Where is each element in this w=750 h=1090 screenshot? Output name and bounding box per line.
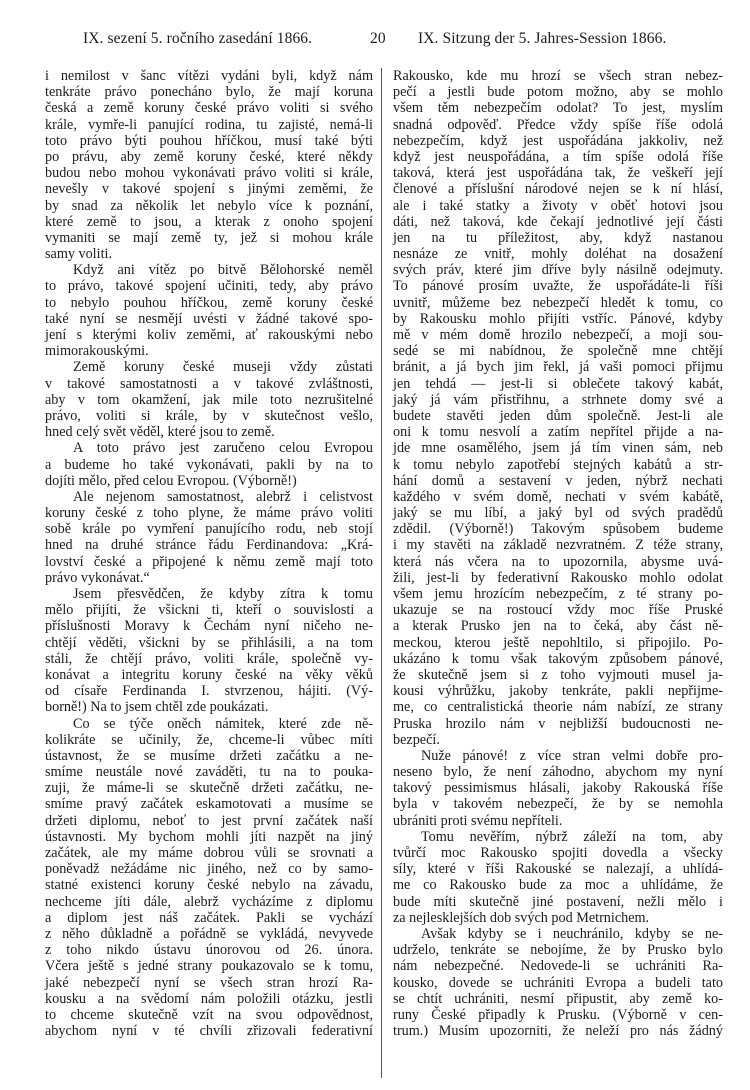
- text-line: kousku a na svědomí nám položili otázku,…: [45, 991, 373, 1007]
- text-line: že skutečně jsem si z toho vyjmouti muse…: [393, 667, 723, 683]
- text-line: žili, jest-li by federativní Rakousko mo…: [393, 570, 723, 586]
- text-line: budete stavěti jeden dům společně. Jest-…: [393, 408, 723, 424]
- text-line: neseno bylo, že není záhodno, abychom my…: [393, 764, 723, 780]
- text-line: udrželo, tenkráte se nebojíme, že by Pru…: [393, 942, 723, 958]
- text-line: vymaniti se mají země ty, jež si mohou k…: [45, 230, 373, 246]
- text-line: jen tehdá — jest-li si oblečete takový k…: [393, 376, 723, 392]
- text-line: která nás včera na to upozornila, abysme…: [393, 554, 723, 570]
- text-line: tvůrčí moc Rakousko spojiti dovedla a vš…: [393, 845, 723, 861]
- text-line: krále, vymře-li panující rodina, tu zaji…: [45, 117, 373, 133]
- text-line: lovství české a připojené k němu země ma…: [45, 554, 373, 570]
- text-line: jen na tu příležitost, aby, když nastano…: [393, 230, 723, 246]
- text-line: od císaře Ferdinanda I. stvrzenou, hájit…: [45, 683, 373, 699]
- text-line: z toho nikdo ústavu únorovou od 26. únor…: [45, 942, 373, 958]
- text-line: kousi výhrůžku, jakoby tenkráte, pakli n…: [393, 683, 723, 699]
- text-line: sobě krále po vymření panujícího rodu, n…: [45, 521, 373, 537]
- page-header: IX. sezení 5. ročního zasedání 1866. 20 …: [0, 30, 750, 50]
- text-line: a diplom jest náš začátek. Pakli se vych…: [45, 910, 373, 926]
- text-line: konávat a integritu koruny české na věky…: [45, 667, 373, 683]
- header-german-title: IX. Sitzung der 5. Jahres-Session 1866.: [418, 30, 666, 48]
- text-line: jaký se mu líbí, a jaký byl od svých pra…: [393, 505, 723, 521]
- text-line: kousko, dovede se uchrániti Evropa a bud…: [393, 975, 723, 991]
- text-line: ústavnost, že se musíme držeti začátku a…: [45, 748, 373, 764]
- text-line: takový pessimismus hlásali, jakoby Rakou…: [393, 780, 723, 796]
- text-line: hned celý svět věděl, které jsou to země…: [45, 424, 373, 440]
- text-line: jaký já vám přistřihnu, a strhnete domy …: [393, 392, 723, 408]
- text-line: abychom nyní v té chvíli zřizovali feder…: [45, 1023, 373, 1039]
- text-line: borně!) Na to jsem chtěl zde poukázati.: [45, 699, 373, 715]
- text-line: z něho důkladně a pořádně se vykládá, ne…: [45, 926, 373, 942]
- header-czech-title: IX. sezení 5. ročního zasedání 1866.: [83, 30, 312, 48]
- text-line: za nejlesklejších dob svých pod Metrnich…: [393, 910, 723, 926]
- text-line: meckou, kterou ještě nepohltilo, si přip…: [393, 635, 723, 651]
- text-line: zdědil. (Výborně!) Takovým spůsobem bude…: [393, 521, 723, 537]
- text-line: k tomu nebylo zapotřebí stejných kabátů …: [393, 457, 723, 473]
- text-line: jení s kterými koliv zeměmi, ať rakouský…: [45, 327, 373, 343]
- text-line: ubrániti proti svému nepříteli.: [393, 813, 723, 829]
- text-line: ukazuje se na rostoucí vždy moc říše Pru…: [393, 602, 723, 618]
- left-text-column: i nemilost v šanc vítězi vydáni byli, kd…: [45, 68, 373, 1039]
- text-line: každého v svém domě, nechati v svém kabá…: [393, 489, 723, 505]
- text-line: trum.) Musím upozorniti, že neleží pro n…: [393, 1023, 723, 1039]
- text-line: toto právo býti pouhou hříčkou, musí tak…: [45, 133, 373, 149]
- text-line: hání domů a sestavení v jeden, nýbrž nec…: [393, 473, 723, 489]
- text-line: které země to jsou, a kterak z onoho spo…: [45, 214, 373, 230]
- text-line: všem těm nebezpečím odolat? To jest, mys…: [393, 100, 723, 116]
- text-line: nesnáze ze vnitř, mohly doléhat na dosaž…: [393, 246, 723, 262]
- text-line: v takové samostatnosti a v takové zvlášt…: [45, 376, 373, 392]
- text-line: nám nebezpečné. Nedovede-li se uchrániti…: [393, 958, 723, 974]
- text-line: Země koruny české museji vždy zůstati: [45, 359, 373, 375]
- text-line: by Rakousku mohlo přijíti vstříc. Pánové…: [393, 311, 723, 327]
- text-line: Ale nejenom samostatnost, alebrž i celis…: [45, 489, 373, 505]
- text-line: bezpečí.: [393, 732, 723, 748]
- text-line: se chtít uchrániti, nesmí připustit, aby…: [393, 991, 723, 1007]
- text-line: po právu, aby země koruny české, které n…: [45, 149, 373, 165]
- text-line: právo vykonávat.“: [45, 570, 373, 586]
- text-line: Jsem přesvědčen, že kdyby zítra k tomu: [45, 586, 373, 602]
- text-line: taková, která jest uspořádána tak, že ve…: [393, 165, 723, 181]
- text-line: poněvadž nežádáme nic jiného, než co by …: [45, 861, 373, 877]
- text-line: samy voliti.: [45, 246, 373, 262]
- text-line: hned na druhé stránce řádu Ferdinandova:…: [45, 537, 373, 553]
- text-line: když jest neuspořádána, a tím spíše odol…: [393, 149, 723, 165]
- text-line: příslušnosti Moravy k Čechám nyní ničeho…: [45, 618, 373, 634]
- text-line: chtějí věděti, všickni by se přihlásili,…: [45, 635, 373, 651]
- text-line: jde mne osamělého, jsem já tím vinen sám…: [393, 440, 723, 456]
- text-line: jaké nebezpečí nyní se všech stran hrozí…: [45, 975, 373, 991]
- text-line: zuji, že máme-li se skutečně držeti začá…: [45, 780, 373, 796]
- text-line: i nemilost v šanc vítězi vydáni byli, kd…: [45, 68, 373, 84]
- text-line: smíme pravý začátek eskamotovati a musím…: [45, 796, 373, 812]
- text-line: síly, které v říši Rakouské se nalezají,…: [393, 861, 723, 877]
- text-line: Co se týče oněch námitek, které zde ně-: [45, 716, 373, 732]
- text-line: všem jemu hrozícím nebezpečím, z té stra…: [393, 586, 723, 602]
- text-line: aby v tom okamžení, jak mile toto nezruš…: [45, 392, 373, 408]
- text-line: ústavnosti. My bychom mohli jíti nazpět …: [45, 829, 373, 845]
- text-line: kolikráte se učinily, že, chceme-li vůbe…: [45, 732, 373, 748]
- text-line: by snad za několik let nebylo více k poz…: [45, 198, 373, 214]
- text-line: svých práv, které jim dříve byly násilně…: [393, 262, 723, 278]
- text-line: snadná odpověď. Předce vždy spíše říše o…: [393, 117, 723, 133]
- text-line: stáli, že chtějí právo, voliti krále, sp…: [45, 651, 373, 667]
- text-line: smíme neustále nové zaváděti, tu na to p…: [45, 764, 373, 780]
- text-line: i my stavěti na základě nezvratném. Z té…: [393, 537, 723, 553]
- text-line: Pruska hrozilo nám v nejbližší budoucnos…: [393, 716, 723, 732]
- text-line: koruny české z toho plyne, že máme právo…: [45, 505, 373, 521]
- text-line: byla v takovém nebezpečí, že by se nemoh…: [393, 796, 723, 812]
- text-line: me co Rakousko bude za moc a uhlídáme, ž…: [393, 877, 723, 893]
- text-line: bránit, a já bych jim řekl, já vaši pomo…: [393, 359, 723, 375]
- text-line: budou nebo mohou vykonávati právo voliti…: [45, 165, 373, 181]
- text-line: dojíti mělo, před celou Evropou. (Výborn…: [45, 473, 373, 489]
- text-line: mě v mém domě hrozilo nebezpečí, a moji …: [393, 327, 723, 343]
- text-line: právo, voliti si krále, by v skutečnost …: [45, 408, 373, 424]
- text-line: Když ani vítěz po bitvě Bělohorské neměl: [45, 262, 373, 278]
- text-line: tenkráte právo ponecháno bylo, že mají k…: [45, 84, 373, 100]
- text-line: me, co centralistická theorie nám nabízí…: [393, 699, 723, 715]
- text-line: začátek, ale my máme dobrou vůli se srov…: [45, 845, 373, 861]
- text-line: to chceme skutečně vzít na svou odpovědn…: [45, 1007, 373, 1023]
- text-line: pečí a jestli bude potom možno, aby se m…: [393, 84, 723, 100]
- right-text-column: Rakousko, kde mu hrozí se všech stran ne…: [393, 68, 723, 1039]
- text-line: také nyní se nesmějí uvésti v žádné tako…: [45, 311, 373, 327]
- text-line: oni k tomu nesvolí a zatím nepřítel přij…: [393, 424, 723, 440]
- text-line: sedé se mi nabídnou, že společně mne cht…: [393, 343, 723, 359]
- text-line: česká a země koruny české právo voliti s…: [45, 100, 373, 116]
- text-line: Avšak kdyby se i neuchránilo, kdyby se n…: [393, 926, 723, 942]
- text-line: mimorakouskými.: [45, 343, 373, 359]
- text-line: členové a příslušní národové nejen se k …: [393, 181, 723, 197]
- text-line: A toto právo jest zaručeno celou Evropou: [45, 440, 373, 456]
- text-line: a kterak Prusko jen na to čeká, aby část…: [393, 618, 723, 634]
- text-line: ale i také statky a životy v oběť hotovi…: [393, 198, 723, 214]
- text-line: uvnitř, můžeme bez nebezpečí hledět k to…: [393, 295, 723, 311]
- text-line: to nebylo pouhou hříčkou, země koruny če…: [45, 295, 373, 311]
- text-line: to právo, takové spojení učiniti, tedy, …: [45, 278, 373, 294]
- text-line: nechceme jíti dále, alebrž vycházíme z d…: [45, 894, 373, 910]
- text-line: runy České připadly k Prusku. (Výborně v…: [393, 1007, 723, 1023]
- text-line: nebezpečím, když jest uspořádána jakkoli…: [393, 133, 723, 149]
- text-line: To pánové prosím uvažte, že uspořádáte-l…: [393, 278, 723, 294]
- text-line: mělo přijíti, že všickni ti, kteří o sou…: [45, 602, 373, 618]
- text-line: Rakousko, kde mu hrozí se všech stran ne…: [393, 68, 723, 84]
- text-line: dáti, než taková, kde čekají jednotlivé …: [393, 214, 723, 230]
- page-number: 20: [370, 30, 386, 48]
- column-divider: [381, 68, 382, 1078]
- text-line: bude míti skutečně jiné postavení, nežli…: [393, 894, 723, 910]
- text-line: Nuže pánové! z více stran velmi dobře pr…: [393, 748, 723, 764]
- text-line: statné existenci koruny české nebylo na …: [45, 877, 373, 893]
- text-line: Tomu nevěřím, nýbrž záleží na tom, aby: [393, 829, 723, 845]
- text-line: nevešly v takové spojení s jinými zeměmi…: [45, 181, 373, 197]
- text-line: držeti diplomu, neboť to jest první začá…: [45, 813, 373, 829]
- text-line: Včera ještě s jedné strany poukazovalo s…: [45, 958, 373, 974]
- text-line: a budeme ho také vykonávati, pakli by na…: [45, 457, 373, 473]
- text-line: ukázáno k tomu však takovým způsobem pán…: [393, 651, 723, 667]
